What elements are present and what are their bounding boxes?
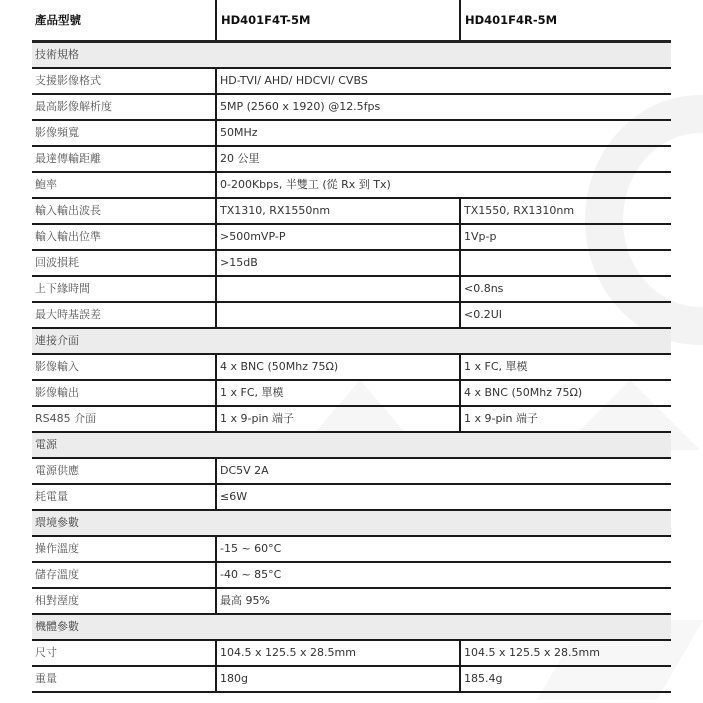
- spec-label: 輸入輸出位準: [32, 224, 216, 250]
- spec-value-model-2: 4 x BNC (50Mhz 75Ω): [460, 380, 671, 406]
- spec-row: 影像輸入4 x BNC (50Mhz 75Ω)1 x FC, 單模: [32, 354, 671, 380]
- spec-row: 最達傳輸距離20 公里: [32, 146, 671, 172]
- spec-row: 回波損耗>15dB: [32, 250, 671, 276]
- spec-row: 操作溫度-15 ~ 60°C: [32, 536, 671, 562]
- spec-label: 影像輸入: [32, 354, 216, 380]
- spec-value: HD-TVI/ AHD/ HDCVI/ CVBS: [216, 68, 671, 94]
- section-header-row: 技術規格: [32, 42, 671, 69]
- spec-value: 50MHz: [216, 120, 671, 146]
- spec-label: 回波損耗: [32, 250, 216, 276]
- spec-label: RS485 介面: [32, 406, 216, 432]
- spec-value-model-1: 1 x 9-pin 端子: [216, 406, 460, 432]
- model-name: HD401F4R-5M: [460, 0, 671, 42]
- spec-row: 輸入輸出波長TX1310, RX1550nmTX1550, RX1310nm: [32, 198, 671, 224]
- spec-row: 影像頻寬50MHz: [32, 120, 671, 146]
- spec-value: 5MP (2560 x 1920) @12.5fps: [216, 94, 671, 120]
- header-label: 產品型號: [32, 0, 216, 42]
- spec-row: 上下緣時間<0.8ns: [32, 276, 671, 302]
- spec-row: 最大時基誤差<0.2UI: [32, 302, 671, 328]
- spec-label: 相對溼度: [32, 588, 216, 614]
- spec-value-model-2: <0.2UI: [460, 302, 671, 328]
- spec-row: 尺寸104.5 x 125.5 x 28.5mm104.5 x 125.5 x …: [32, 640, 671, 666]
- spec-value-model-1: [216, 276, 460, 302]
- spec-value: DC5V 2A: [216, 458, 671, 484]
- spec-label: 鮑率: [32, 172, 216, 198]
- section-title: 環境參數: [32, 510, 671, 536]
- model-name: HD401F4T-5M: [216, 0, 460, 42]
- spec-value-model-2: 104.5 x 125.5 x 28.5mm: [460, 640, 671, 666]
- spec-row: 鮑率0-200Kbps, 半雙工 (從 Rx 到 Tx): [32, 172, 671, 198]
- spec-value: 0-200Kbps, 半雙工 (從 Rx 到 Tx): [216, 172, 671, 198]
- section-title: 技術規格: [32, 42, 671, 69]
- spec-label: 輸入輸出波長: [32, 198, 216, 224]
- section-header-row: 環境參數: [32, 510, 671, 536]
- spec-row: 輸入輸出位準>500mVP-P1Vp-p: [32, 224, 671, 250]
- spec-row: 重量180g185.4g: [32, 666, 671, 692]
- spec-label: 儲存溫度: [32, 562, 216, 588]
- spec-value-model-2: 1 x FC, 單模: [460, 354, 671, 380]
- spec-value-model-2: 1 x 9-pin 端子: [460, 406, 671, 432]
- spec-label: 電源供應: [32, 458, 216, 484]
- spec-label: 影像頻寬: [32, 120, 216, 146]
- spec-label: 耗電量: [32, 484, 216, 510]
- spec-value: ≤6W: [216, 484, 671, 510]
- spec-table: 產品型號 HD401F4T-5M HD401F4R-5M 技術規格支援影像格式H…: [32, 0, 671, 693]
- spec-value: -40 ~ 85°C: [216, 562, 671, 588]
- spec-label: 重量: [32, 666, 216, 692]
- spec-value-model-1: [216, 302, 460, 328]
- spec-value-model-1: TX1310, RX1550nm: [216, 198, 460, 224]
- spec-value-model-2: 1Vp-p: [460, 224, 671, 250]
- spec-row: 支援影像格式HD-TVI/ AHD/ HDCVI/ CVBS: [32, 68, 671, 94]
- spec-value-model-1: 1 x FC, 單模: [216, 380, 460, 406]
- spec-label: 最高影像解析度: [32, 94, 216, 120]
- spec-label: 支援影像格式: [32, 68, 216, 94]
- spec-value-model-1: >15dB: [216, 250, 460, 276]
- section-header-row: 電源: [32, 432, 671, 458]
- spec-value-model-2: TX1550, RX1310nm: [460, 198, 671, 224]
- spec-row: 最高影像解析度5MP (2560 x 1920) @12.5fps: [32, 94, 671, 120]
- header-row: 產品型號 HD401F4T-5M HD401F4R-5M: [32, 0, 671, 42]
- spec-row: 相對溼度最高 95%: [32, 588, 671, 614]
- section-header-row: 連接介面: [32, 328, 671, 354]
- spec-value: -15 ~ 60°C: [216, 536, 671, 562]
- spec-row: 儲存溫度-40 ~ 85°C: [32, 562, 671, 588]
- spec-label: 上下緣時間: [32, 276, 216, 302]
- spec-value-model-2: [460, 250, 671, 276]
- spec-value-model-1: >500mVP-P: [216, 224, 460, 250]
- spec-value-model-1: 180g: [216, 666, 460, 692]
- spec-row: 電源供應DC5V 2A: [32, 458, 671, 484]
- spec-label: 最大時基誤差: [32, 302, 216, 328]
- section-title: 機體參數: [32, 614, 671, 640]
- spec-value: 20 公里: [216, 146, 671, 172]
- section-header-row: 機體參數: [32, 614, 671, 640]
- spec-value-model-1: 104.5 x 125.5 x 28.5mm: [216, 640, 460, 666]
- spec-label: 尺寸: [32, 640, 216, 666]
- spec-label: 操作溫度: [32, 536, 216, 562]
- spec-value-model-2: 185.4g: [460, 666, 671, 692]
- spec-row: RS485 介面1 x 9-pin 端子1 x 9-pin 端子: [32, 406, 671, 432]
- spec-row: 耗電量≤6W: [32, 484, 671, 510]
- spec-value-model-1: 4 x BNC (50Mhz 75Ω): [216, 354, 460, 380]
- spec-row: 影像輸出1 x FC, 單模4 x BNC (50Mhz 75Ω): [32, 380, 671, 406]
- spec-label: 最達傳輸距離: [32, 146, 216, 172]
- section-title: 電源: [32, 432, 671, 458]
- spec-label: 影像輸出: [32, 380, 216, 406]
- spec-value: 最高 95%: [216, 588, 671, 614]
- section-title: 連接介面: [32, 328, 671, 354]
- spec-value-model-2: <0.8ns: [460, 276, 671, 302]
